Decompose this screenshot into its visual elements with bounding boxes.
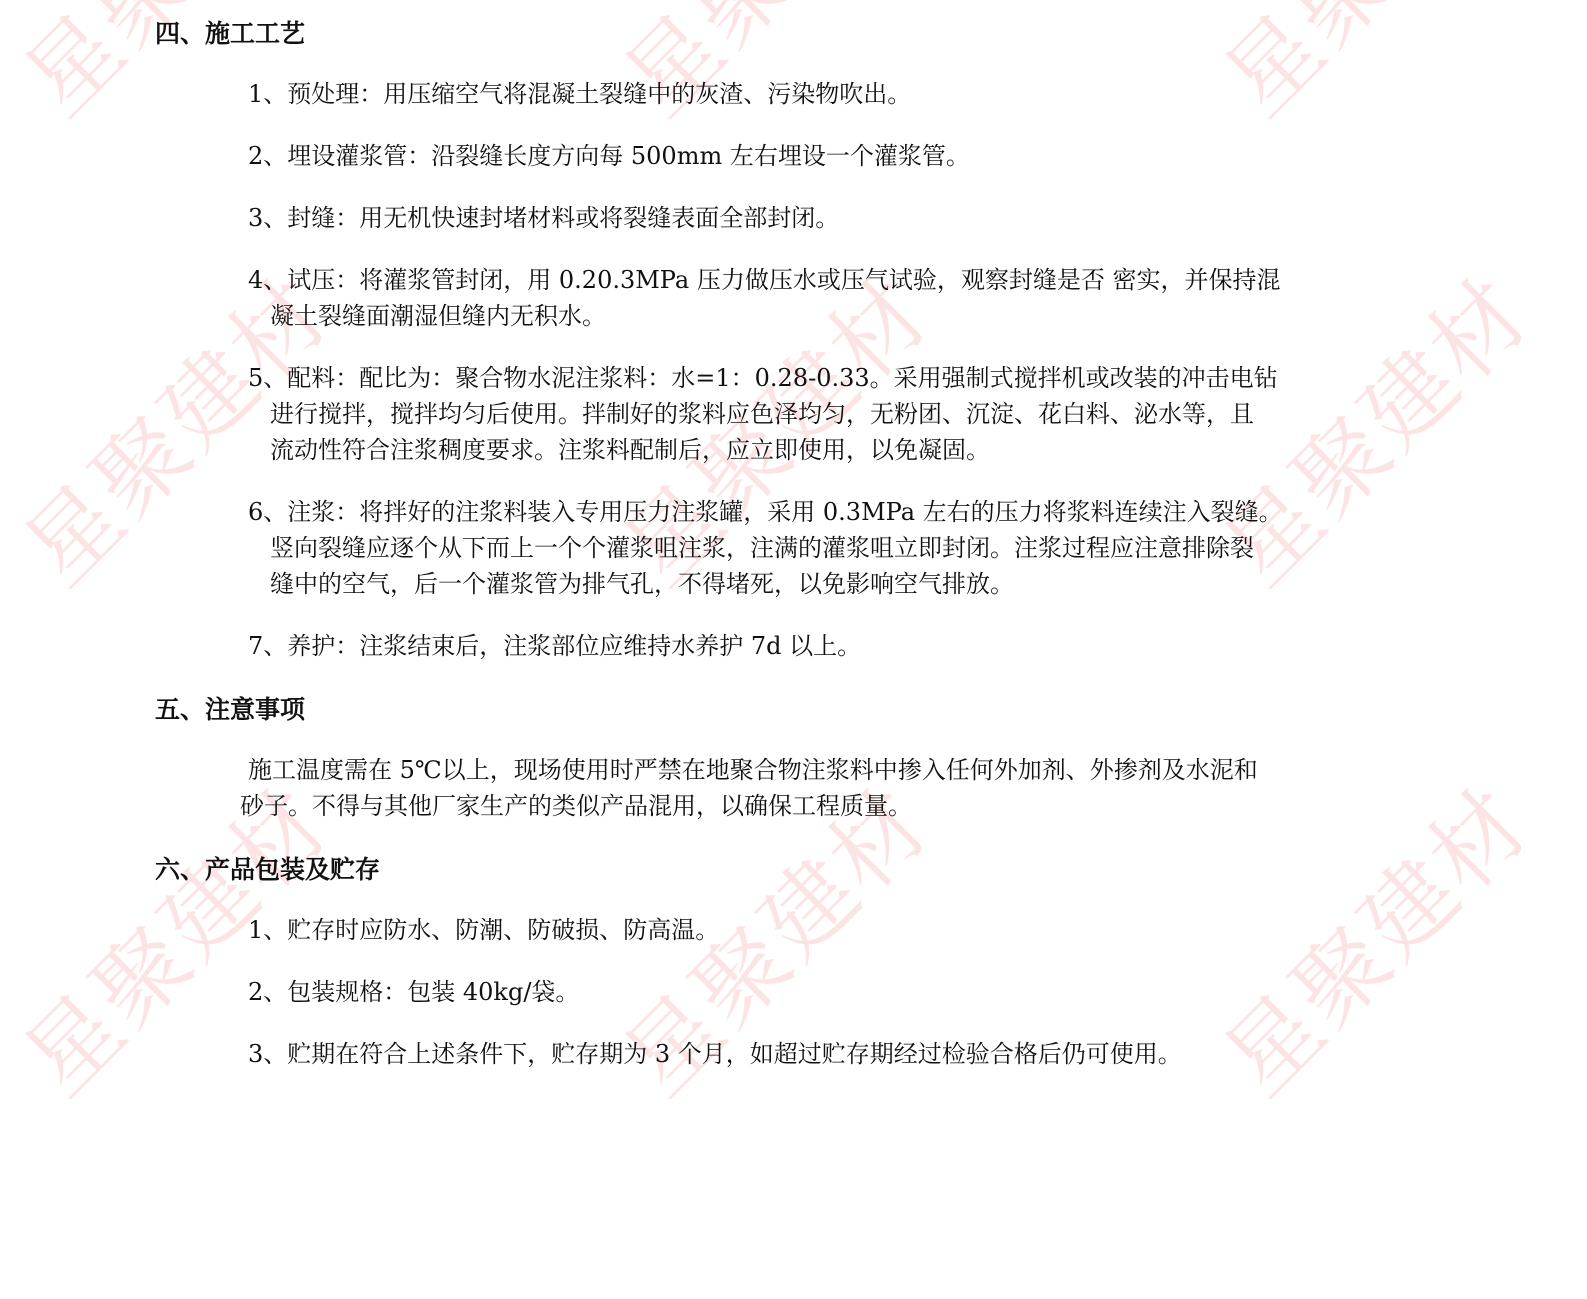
paragraph-line: 竖向裂缝应逐个从下而上一个个灌浆咀注浆，注满的灌浆咀立即封闭。注浆过程应注意排除… [248, 530, 1418, 566]
section-heading-packaging-storage: 六、产品包装及贮存 [155, 850, 380, 886]
paragraph-line: 4、试压：将灌浆管封闭，用 0.20.3MPa 压力做压水或压气试验，观察封缝是… [248, 262, 1418, 298]
step-1-pretreatment: 1、预处理：用压缩空气将混凝土裂缝中的灰渣、污染物吹出。 [248, 76, 1418, 112]
paragraph-line: 7、养护：注浆结束后，注浆部位应维持水养护 7d 以上。 [248, 632, 861, 660]
paragraph-line: 凝土裂缝面潮湿但缝内无积水。 [248, 298, 1418, 334]
paragraph-line: 5、配料：配比为：聚合物水泥注浆料：水=1：0.28-0.33。采用强制式搅拌机… [248, 360, 1418, 396]
paragraph-line: 进行搅拌，搅拌均匀后使用。拌制好的浆料应色泽均匀，无粉团、沉淀、花白料、泌水等，… [248, 396, 1418, 432]
step-7-curing: 7、养护：注浆结束后，注浆部位应维持水养护 7d 以上。 [248, 628, 1418, 664]
paragraph-line: 6、注浆：将拌好的注浆料装入专用压力注浆罐，采用 0.3MPa 左右的压力将浆料… [248, 494, 1418, 530]
section-heading-construction-process: 四、施工工艺 [155, 14, 305, 50]
storage-item-2-package-spec: 2、包装规格：包装 40kg/袋。 [248, 974, 1418, 1010]
paragraph-line: 1、预处理：用压缩空气将混凝土裂缝中的灰渣、污染物吹出。 [248, 80, 911, 108]
paragraph-line: 流动性符合注浆稠度要求。注浆料配制后，应立即使用，以免凝固。 [248, 432, 1418, 468]
paragraph-line: 3、封缝：用无机快速封堵材料或将裂缝表面全部封闭。 [248, 204, 839, 232]
step-2-embed-grout-pipe: 2、埋设灌浆管：沿裂缝长度方向每 500mm 左右埋设一个灌浆管。 [248, 138, 1418, 174]
paragraph-line: 砂子。不得与其他厂家生产的类似产品混用，以确保工程质量。 [240, 788, 1415, 824]
precautions-paragraph: 施工温度需在 5℃以上，现场使用时严禁在地聚合物注浆料中掺入任何外加剂、外掺剂及… [240, 752, 1415, 824]
section-heading-precautions: 五、注意事项 [155, 690, 305, 726]
storage-item-3-shelf-life: 3、贮期在符合上述条件下，贮存期为 3 个月，如超过贮存期经过检验合格后仍可使用… [248, 1036, 1418, 1072]
paragraph-line: 缝中的空气，后一个灌浆管为排气孔，不得堵死，以免影响空气排放。 [248, 566, 1418, 602]
step-5-mixing: 5、配料：配比为：聚合物水泥注浆料：水=1：0.28-0.33。采用强制式搅拌机… [248, 360, 1418, 468]
step-6-grouting: 6、注浆：将拌好的注浆料装入专用压力注浆罐，采用 0.3MPa 左右的压力将浆料… [248, 494, 1418, 602]
step-4-pressure-test: 4、试压：将灌浆管封闭，用 0.20.3MPa 压力做压水或压气试验，观察封缝是… [248, 262, 1418, 334]
paragraph-line: 施工温度需在 5℃以上，现场使用时严禁在地聚合物注浆料中掺入任何外加剂、外掺剂及… [240, 752, 1415, 788]
storage-item-1: 1、贮存时应防水、防潮、防破损、防高温。 [248, 912, 1418, 948]
step-3-seal: 3、封缝：用无机快速封堵材料或将裂缝表面全部封闭。 [248, 200, 1418, 236]
document-page: 四、施工工艺 1、预处理：用压缩空气将混凝土裂缝中的灰渣、污染物吹出。 2、埋设… [0, 0, 1587, 1299]
paragraph-line: 2、包装规格：包装 40kg/袋。 [248, 978, 579, 1006]
paragraph-line: 3、贮期在符合上述条件下，贮存期为 3 个月，如超过贮存期经过检验合格后仍可使用… [248, 1040, 1182, 1068]
paragraph-line: 1、贮存时应防水、防潮、防破损、防高温。 [248, 916, 719, 944]
paragraph-line: 2、埋设灌浆管：沿裂缝长度方向每 500mm 左右埋设一个灌浆管。 [248, 142, 970, 170]
